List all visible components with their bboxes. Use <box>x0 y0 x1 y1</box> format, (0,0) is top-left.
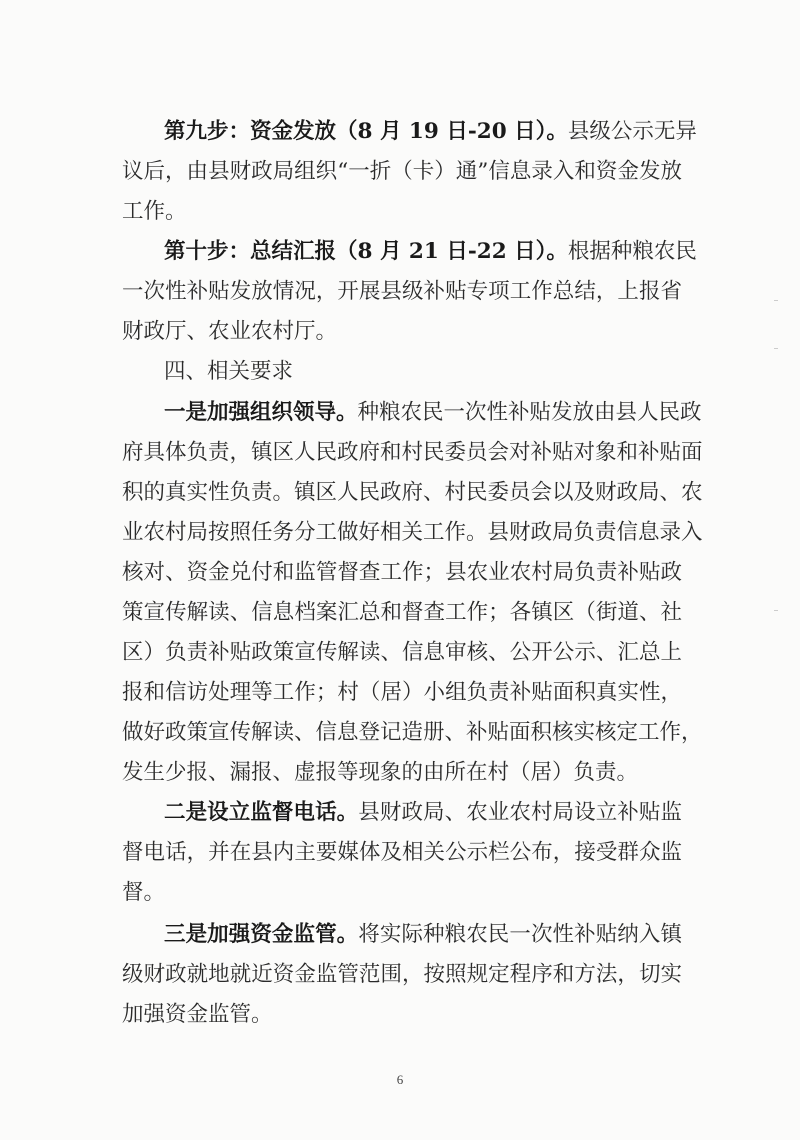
paragraph-step9-line-3: 工作。 <box>122 192 682 232</box>
paragraph-req1-line-8: 报和信访处理等工作；村（居）小组负责补贴面积真实性， <box>122 673 682 713</box>
paragraph-step9-line-2: 议后，由县财政局组织“一折（卡）通”信息录入和资金发放 <box>122 152 682 192</box>
scan-speck <box>774 300 778 301</box>
paragraph-step9-line-1: 第九步：资金发放（8 月 19 日-20 日）。县级公示无异 <box>164 112 682 152</box>
paragraph-req2-line-3: 督。 <box>122 873 682 913</box>
paragraph-req1-line-4: 业农村局按照任务分工做好相关工作。县财政局负责信息录入 <box>122 513 682 553</box>
paragraph-req1-line-2: 府具体负责，镇区人民政府和村民委员会对补贴对象和补贴面 <box>122 433 682 473</box>
paragraph-req3-line-2: 级财政就地就近资金监管范围，按照规定程序和方法，切实 <box>122 955 682 995</box>
paragraph-req1-line-1: 一是加强组织领导。种粮农民一次性补贴发放由县人民政 <box>164 393 682 433</box>
paragraph-req1-line-7: 区）负责补贴政策宣传解读、信息审核、公开公示、汇总上 <box>122 633 682 673</box>
paragraph-req1-line-5: 核对、资金兑付和监管督查工作；县农业农村局负责补贴政 <box>122 553 682 593</box>
paragraph-req2-line-1: 二是设立监督电话。县财政局、农业农村局设立补贴监 <box>164 793 682 833</box>
paragraph-req1-line-9: 做好政策宣传解读、信息登记造册、补贴面积核实核定工作， <box>122 713 682 753</box>
paragraph-req1-line-10: 发生少报、漏报、虚报等现象的由所在村（居）负责。 <box>122 753 682 793</box>
paragraph-req1-line-6: 策宣传解读、信息档案汇总和督查工作；各镇区（街道、社 <box>122 593 682 633</box>
scan-speck <box>774 348 778 349</box>
step10-bold-lead: 第十步：总结汇报（8 月 21 日-22 日）。 <box>164 239 568 264</box>
req2-bold-lead: 二是设立监督电话。 <box>164 800 358 825</box>
req3-bold-lead: 三是加强资金监管。 <box>164 922 358 947</box>
step9-bold-lead: 第九步：资金发放（8 月 19 日-20 日）。 <box>164 119 568 144</box>
paragraph-step10-line-2: 一次性补贴发放情况，开展县级补贴专项工作总结，上报省 <box>122 272 682 312</box>
document-page: 第九步：资金发放（8 月 19 日-20 日）。县级公示无异 议后，由县财政局组… <box>0 0 800 1140</box>
page-number: 6 <box>0 1072 800 1088</box>
paragraph-step10-line-3: 财政厅、农业农村厅。 <box>122 312 682 352</box>
paragraph-req2-line-2: 督电话，并在县内主要媒体及相关公示栏公布，接受群众监 <box>122 833 682 873</box>
paragraph-step10-line-1: 第十步：总结汇报（8 月 21 日-22 日）。根据种粮农民 <box>164 232 682 272</box>
paragraph-req3-line-3: 加强资金监管。 <box>122 995 682 1035</box>
req1-bold-lead: 一是加强组织领导。 <box>164 400 358 425</box>
paragraph-req1-line-3: 积的真实性负责。镇区人民政府、村民委员会以及财政局、农 <box>122 473 682 513</box>
scan-speck <box>774 610 778 611</box>
section-heading-requirements: 四、相关要求 <box>164 352 682 392</box>
paragraph-req3-line-1: 三是加强资金监管。将实际种粮农民一次性补贴纳入镇 <box>164 915 682 955</box>
